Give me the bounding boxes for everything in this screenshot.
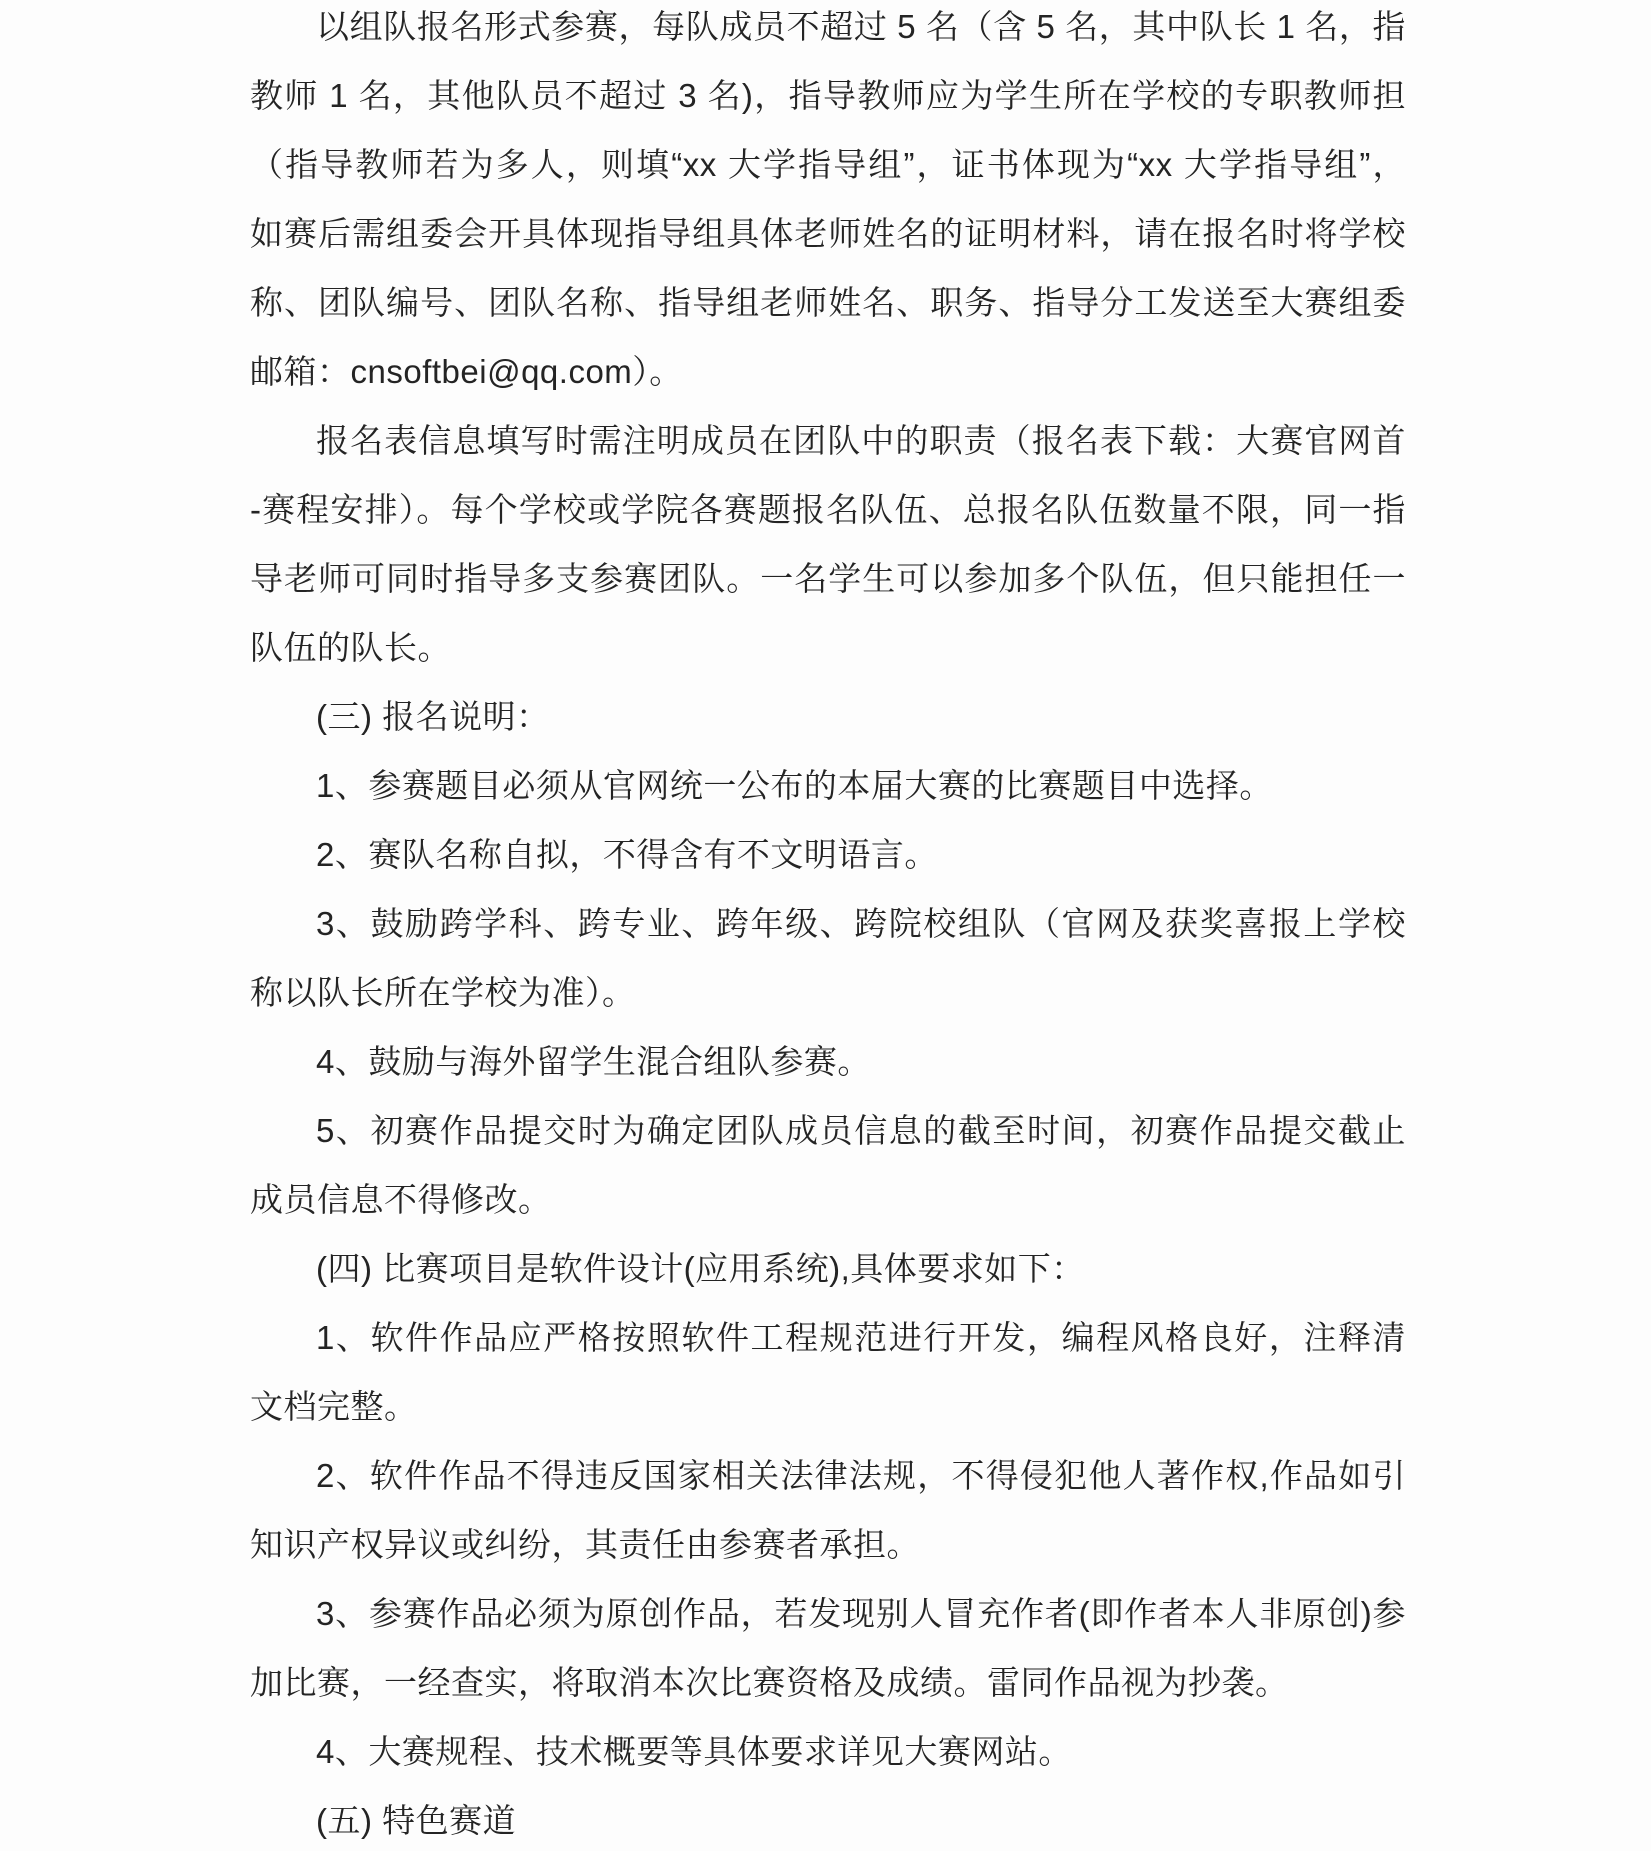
text-line: 2、赛队名称自拟，不得含有不文明语言。 <box>250 820 1406 889</box>
text-line: 2、软件作品不得违反国家相关法律法规，不得侵犯他人著作权,作品如引起 <box>250 1441 1406 1510</box>
text-line: 加比赛，一经查实，将取消本次比赛资格及成绩。雷同作品视为抄袭。 <box>250 1648 1406 1717</box>
text-line: 称以队长所在学校为准）。 <box>250 958 1406 1027</box>
text-line: 导老师可同时指导多支参赛团队。一名学生可以参加多个队伍，但只能担任一个 <box>250 544 1406 613</box>
document-body: 以组队报名形式参赛，每队成员不超过 5 名（含 5 名，其中队长 1 名，指导 … <box>250 0 1406 1851</box>
text-line: -赛程安排）。每个学校或学院各赛题报名队伍、总报名队伍数量不限，同一指 <box>250 475 1406 544</box>
text-line: 3、鼓励跨学科、跨专业、跨年级、跨院校组队（官网及获奖喜报上学校名 <box>250 889 1406 958</box>
text-line: 报名表信息填写时需注明成员在团队中的职责（报名表下载：大赛官网首页 <box>250 406 1406 475</box>
text-line: 1、参赛题目必须从官网统一公布的本届大赛的比赛题目中选择。 <box>250 751 1406 820</box>
text-line: 邮箱：cnsoftbei@qq.com）。 <box>250 337 1406 406</box>
text-line: 3、参赛作品必须为原创作品，若发现别人冒充作者(即作者本人非原创)参 <box>250 1579 1406 1648</box>
text-line: 队伍的队长。 <box>250 613 1406 682</box>
section-heading: (四) 比赛项目是软件设计(应用系统),具体要求如下： <box>250 1234 1406 1303</box>
text-line: 文档完整。 <box>250 1372 1406 1441</box>
text-line: 4、大赛规程、技术概要等具体要求详见大赛网站。 <box>250 1717 1406 1786</box>
text-line: 以组队报名形式参赛，每队成员不超过 5 名（含 5 名，其中队长 1 名，指导 <box>250 0 1406 61</box>
text-line: 教师 1 名，其他队员不超过 3 名)，指导教师应为学生所在学校的专职教师担任 <box>250 61 1406 130</box>
text-line: 如赛后需组委会开具体现指导组具体老师姓名的证明材料，请在报名时将学校名 <box>250 199 1406 268</box>
section-heading: (五) 特色赛道 <box>250 1786 1406 1851</box>
text-line: （指导教师若为多人，则填“xx 大学指导组”，证书体现为“xx 大学指导组”， <box>250 130 1406 199</box>
document-page: { "page": { "background_color": "#fdfdfd… <box>0 0 1651 1851</box>
text-line: 称、团队编号、团队名称、指导组老师姓名、职务、指导分工发送至大赛组委会 <box>250 268 1406 337</box>
text-line: 1、软件作品应严格按照软件工程规范进行开发，编程风格良好，注释清晰， <box>250 1303 1406 1372</box>
text-line: 4、鼓励与海外留学生混合组队参赛。 <box>250 1027 1406 1096</box>
section-heading: (三) 报名说明： <box>250 682 1406 751</box>
text-line: 知识产权异议或纠纷，其责任由参赛者承担。 <box>250 1510 1406 1579</box>
text-line: 5、初赛作品提交时为确定团队成员信息的截至时间，初赛作品提交截止后 <box>250 1096 1406 1165</box>
text-line: 成员信息不得修改。 <box>250 1165 1406 1234</box>
